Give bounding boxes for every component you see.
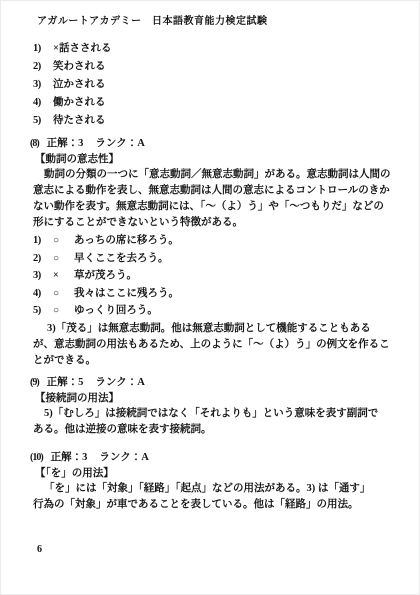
text-line: 「を」には「対象」「経路」「起点」などの用法がある。3) は「通す」 bbox=[33, 481, 420, 497]
judgement-mark: × bbox=[53, 267, 63, 285]
text-line: 動詞の分類の一つに「意志動詞／無意志動詞」がある。意志動詞は人間の bbox=[33, 167, 420, 183]
explanation-paragraph: 5)「むしろ」は接続詞ではなく「それよりも」という意味を表す副詞で ある。他は逆… bbox=[0, 406, 420, 438]
option-number: 1) bbox=[33, 232, 46, 250]
item-text: 働かされる bbox=[53, 97, 106, 108]
text-line: 形にすることができないという特徴がある。 bbox=[33, 215, 420, 231]
correct-answer-label: 正解：5 bbox=[47, 377, 84, 388]
answer-row: (10)正解：3ランク：A bbox=[30, 450, 420, 466]
question-8-section: (8)正解：3ランク：A 【動詞の意志性】 動詞の分類の一つに「意志動詞／無意志… bbox=[0, 136, 420, 369]
document-page: アガルートアカデミー 日本語教育能力検定試験 1)×話さされる 2)笑わされる … bbox=[0, 0, 420, 595]
option-text: あっちの席に移ろう。 bbox=[74, 235, 179, 246]
text-line: 意志による動作を表し、無意志動詞は人間の意志によるコントロールのきか bbox=[33, 183, 420, 199]
topic-heading: 【動詞の意志性】 bbox=[35, 152, 420, 167]
judgement-mark: ○ bbox=[53, 302, 63, 320]
text-line: ない動作を表す。無意志動詞には、「～（よ）う」や「～つもりだ」などの bbox=[33, 199, 420, 215]
explanation-paragraph: 動詞の分類の一つに「意志動詞／無意志動詞」がある。意志動詞は人間の 意志による動… bbox=[0, 167, 420, 231]
text-line: が、意志動詞の用法もあるため、上のように「～（よ）う」の例文を作るこ bbox=[33, 337, 420, 353]
item-number: 1) bbox=[33, 40, 46, 58]
correct-answer-label: 正解：3 bbox=[51, 452, 88, 463]
item-text: 泣かされる bbox=[53, 79, 106, 90]
option-number: 2) bbox=[33, 250, 46, 268]
item-text: 笑わされる bbox=[53, 61, 106, 72]
list-item: 2)笑わされる bbox=[33, 58, 420, 76]
judgement-mark: ○ bbox=[53, 285, 63, 303]
answer-row: (9)正解：5ランク：A bbox=[30, 375, 420, 391]
item-text: 待たされる bbox=[53, 115, 106, 126]
explanation-paragraph: 「を」には「対象」「経路」「起点」などの用法がある。3) は「通す」 行為の「対… bbox=[0, 481, 420, 513]
item-number: 3) bbox=[33, 76, 46, 94]
judgement-mark: ○ bbox=[53, 250, 63, 268]
option-row: 1)○あっちの席に移ろう。 bbox=[33, 232, 420, 250]
option-number: 3) bbox=[33, 267, 46, 285]
rank-label: ランク：A bbox=[99, 452, 148, 463]
topic-heading: 【接続詞の用法】 bbox=[35, 391, 420, 406]
judgement-mark: ○ bbox=[53, 232, 63, 250]
option-row: 5)○ゆっくり回ろう。 bbox=[33, 302, 420, 320]
option-row: 4)○我々はここに残ろう。 bbox=[33, 285, 420, 303]
list-item: 5)待たされる bbox=[33, 112, 420, 130]
option-row: 3)×草が茂ろう。 bbox=[33, 267, 420, 285]
text-line: とができる。 bbox=[33, 353, 420, 369]
option-number: 5) bbox=[33, 302, 46, 320]
list-item: 1)×話さされる bbox=[33, 40, 420, 58]
example-option-list: 1)○あっちの席に移ろう。 2)○早くここを去ろう。 3)×草が茂ろう。 4)○… bbox=[0, 232, 420, 320]
note-paragraph: 3)「茂る」は無意志動詞。他は無意志動詞として機能することもある が、意志動詞の… bbox=[0, 321, 420, 369]
option-text: 早くここを去ろう。 bbox=[74, 253, 169, 264]
option-text: ゆっくり回ろう。 bbox=[74, 305, 158, 316]
item-number: 2) bbox=[33, 58, 46, 76]
document-header-title: アガルートアカデミー 日本語教育能力検定試験 bbox=[37, 15, 420, 28]
page-number: 6 bbox=[37, 544, 42, 556]
question-number-marker: (9) bbox=[30, 377, 39, 388]
item-text: ×話さされる bbox=[53, 43, 111, 54]
intro-option-list: 1)×話さされる 2)笑わされる 3)泣かされる 4)働かされる 5)待たされる bbox=[33, 40, 420, 130]
topic-heading: 【「を」の用法】 bbox=[35, 466, 420, 481]
list-item: 3)泣かされる bbox=[33, 76, 420, 94]
option-text: 我々はここに残ろう。 bbox=[74, 288, 179, 299]
text-line: 行為の「対象」が車であることを表している。他は「経路」の用法。 bbox=[33, 497, 420, 513]
question-10-section: (10)正解：3ランク：A 【「を」の用法】 「を」には「対象」「経路」「起点」… bbox=[0, 450, 420, 513]
text-line: 3)「茂る」は無意志動詞。他は無意志動詞として機能することもある bbox=[33, 321, 420, 337]
question-number-marker: (10) bbox=[30, 452, 43, 463]
rank-label: ランク：A bbox=[95, 138, 144, 149]
option-row: 2)○早くここを去ろう。 bbox=[33, 250, 420, 268]
rank-label: ランク：A bbox=[95, 377, 144, 388]
list-item: 4)働かされる bbox=[33, 94, 420, 112]
answer-row: (8)正解：3ランク：A bbox=[30, 136, 420, 152]
item-number: 5) bbox=[33, 112, 46, 130]
text-line: ある。他は逆接の意味を表す接続詞。 bbox=[33, 422, 420, 438]
text-line: 5)「むしろ」は接続詞ではなく「それよりも」という意味を表す副詞で bbox=[33, 406, 420, 422]
option-number: 4) bbox=[33, 285, 46, 303]
option-text: 草が茂ろう。 bbox=[74, 270, 137, 281]
question-9-section: (9)正解：5ランク：A 【接続詞の用法】 5)「むしろ」は接続詞ではなく「それ… bbox=[0, 375, 420, 438]
question-number-marker: (8) bbox=[30, 138, 39, 149]
correct-answer-label: 正解：3 bbox=[47, 138, 84, 149]
item-number: 4) bbox=[33, 94, 46, 112]
